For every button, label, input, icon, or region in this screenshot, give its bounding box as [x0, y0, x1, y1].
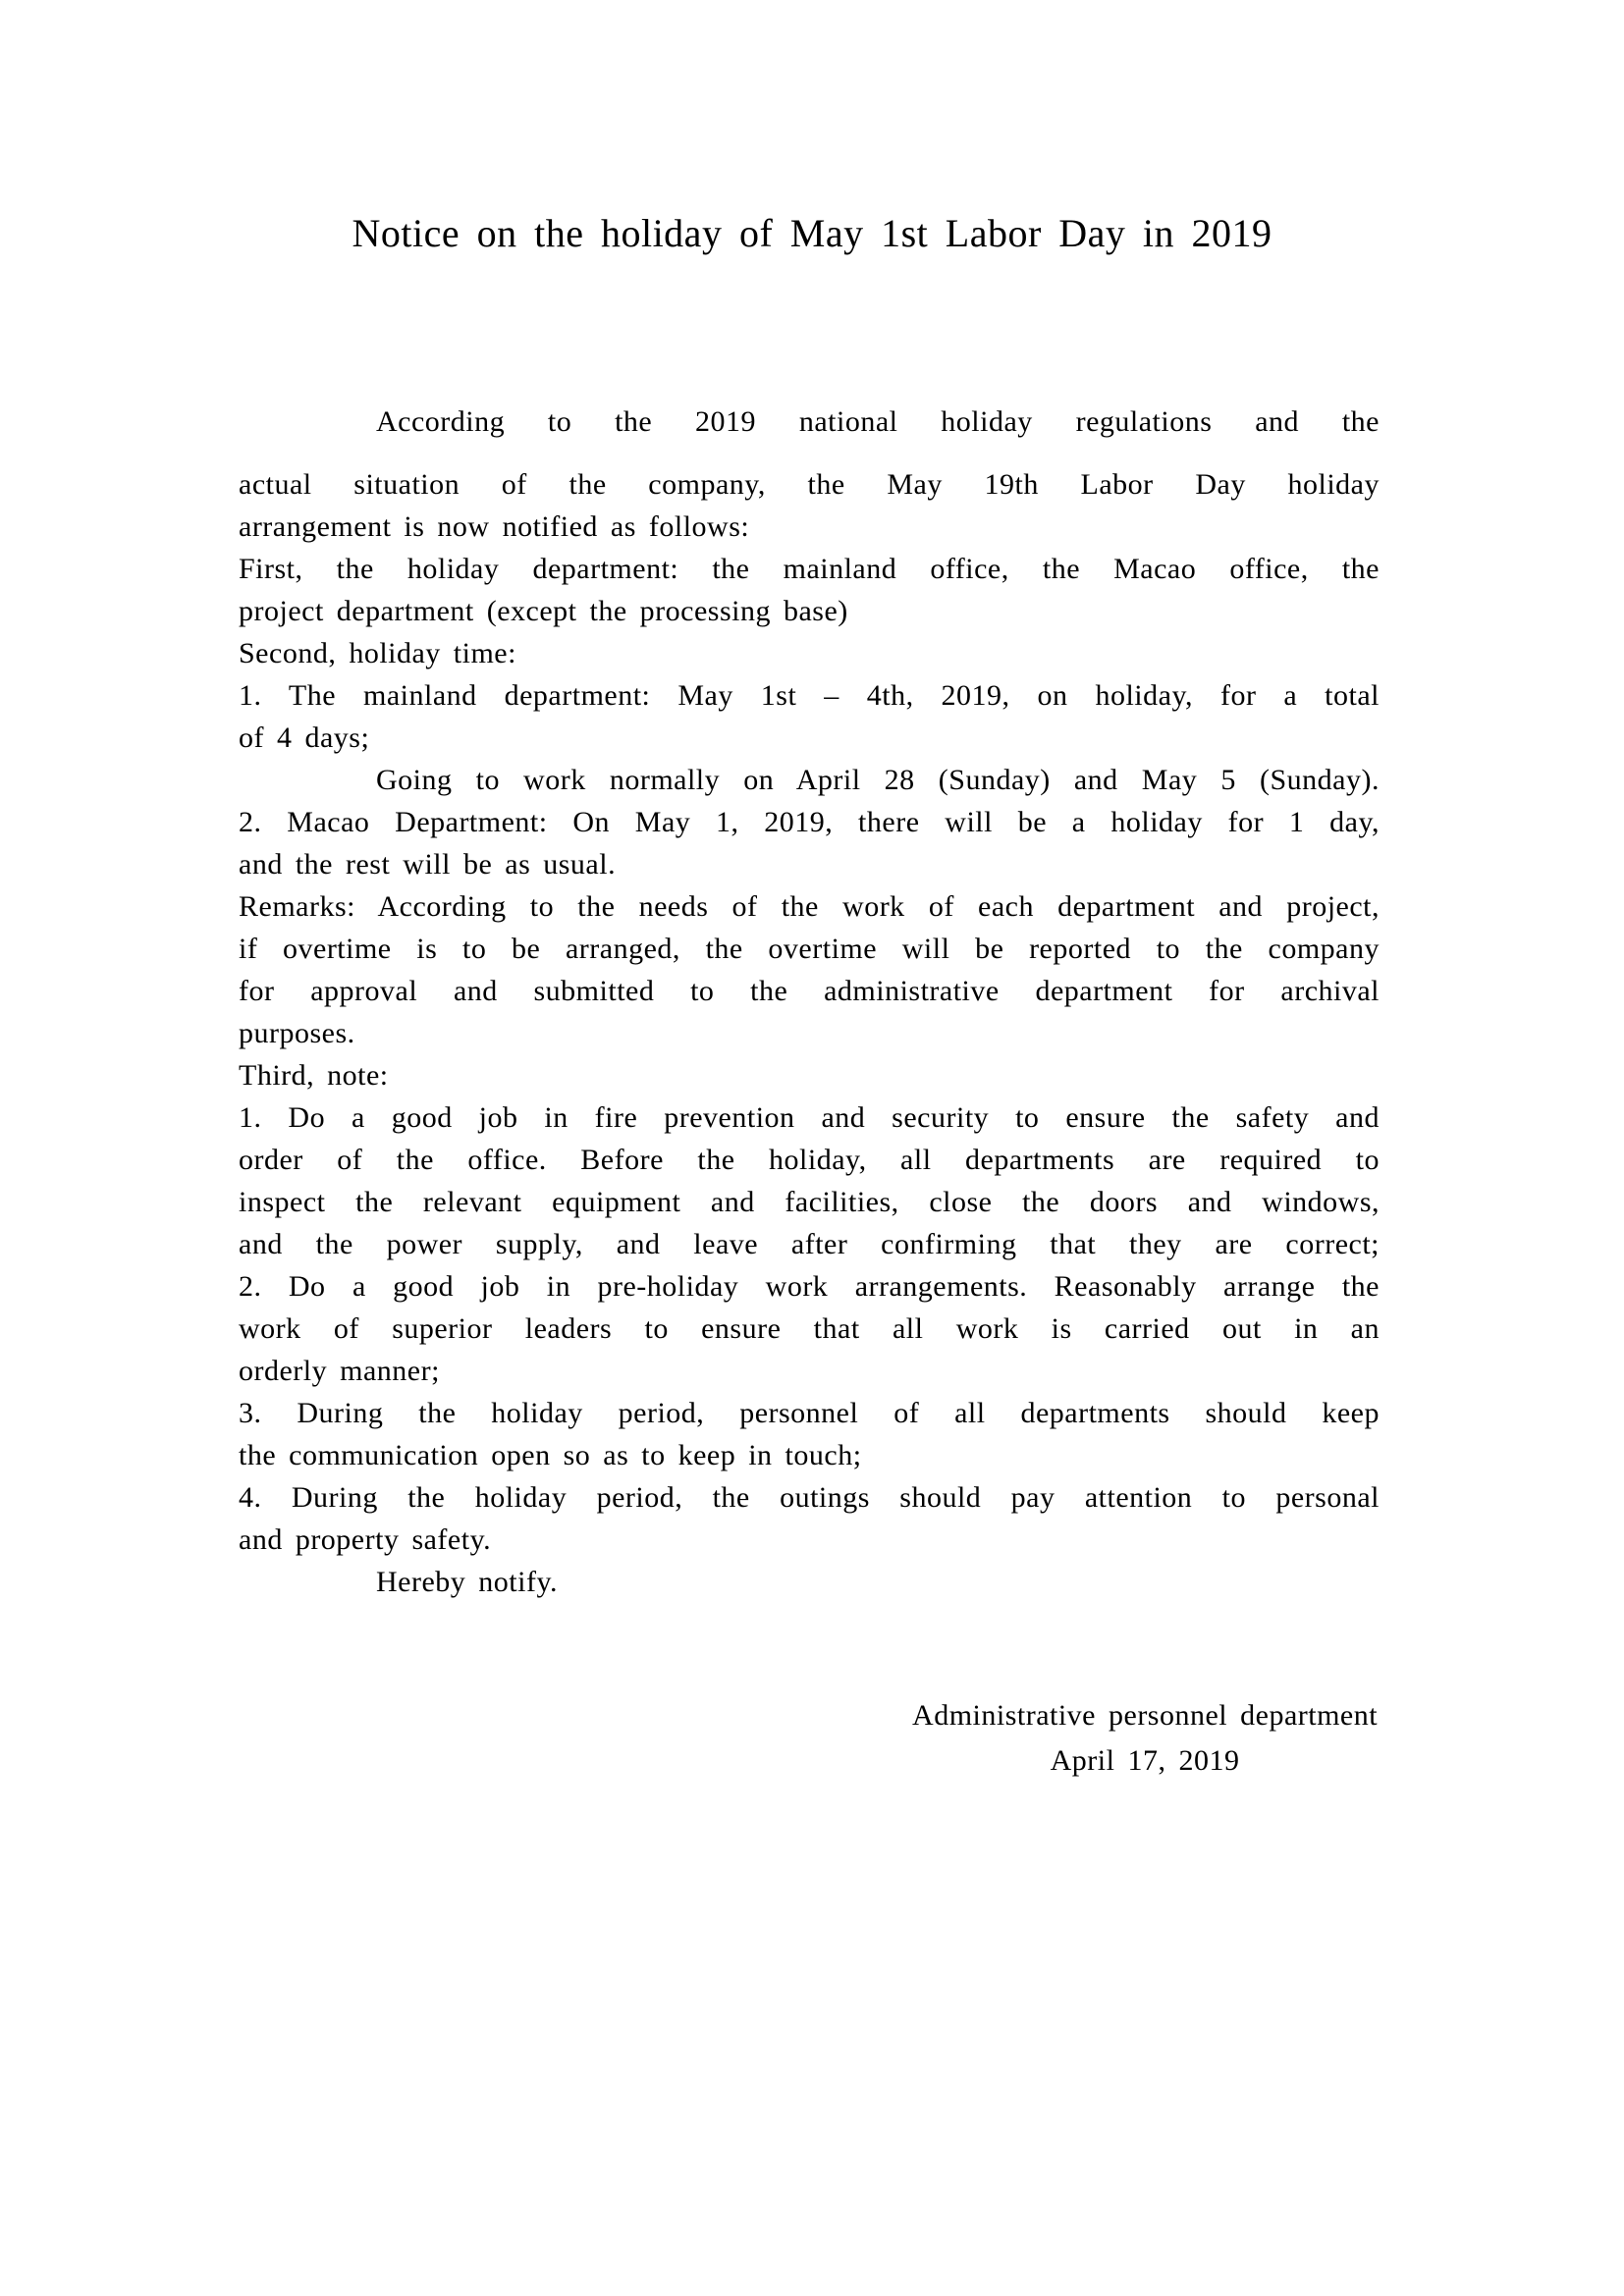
- signature-date: April 17, 2019: [666, 1738, 1624, 1784]
- document-line: the communication open so as to keep in …: [239, 1434, 1380, 1476]
- document-line: arrangement is now notified as follows:: [239, 506, 1380, 548]
- document-line: 2. Do a good job in pre-holiday work arr…: [239, 1265, 1380, 1308]
- document-line: According to the 2019 national holiday r…: [239, 400, 1380, 443]
- document-line: and the rest will be as usual.: [239, 843, 1380, 885]
- document-line: Third, note:: [239, 1054, 1380, 1096]
- document-line: inspect the relevant equipment and facil…: [239, 1181, 1380, 1223]
- document-line: orderly manner;: [239, 1350, 1380, 1392]
- document-line: First, the holiday department: the mainl…: [239, 548, 1380, 590]
- document-line: 4. During the holiday period, the outing…: [239, 1476, 1380, 1519]
- document-line: if overtime is to be arranged, the overt…: [239, 928, 1380, 970]
- document-line: order of the office. Before the holiday,…: [239, 1139, 1380, 1181]
- document-line: actual situation of the company, the May…: [239, 463, 1380, 506]
- document-title: Notice on the holiday of May 1st Labor D…: [0, 0, 1624, 257]
- document-line: project department (except the processin…: [239, 590, 1380, 632]
- document-line: Going to work normally on April 28 (Sund…: [239, 759, 1380, 801]
- document-line: 3. During the holiday period, personnel …: [239, 1392, 1380, 1434]
- document-line: for approval and submitted to the admini…: [239, 970, 1380, 1012]
- signature-department: Administrative personnel department: [666, 1693, 1624, 1738]
- document-line: Hereby notify.: [239, 1561, 1380, 1603]
- document-line: Remarks: According to the needs of the w…: [239, 885, 1380, 928]
- document-page: Notice on the holiday of May 1st Labor D…: [0, 0, 1624, 2296]
- document-line: 1. The mainland department: May 1st – 4t…: [239, 674, 1380, 717]
- document-line: work of superior leaders to ensure that …: [239, 1308, 1380, 1350]
- document-line: and the power supply, and leave after co…: [239, 1223, 1380, 1265]
- document-line: and property safety.: [239, 1519, 1380, 1561]
- document-line: purposes.: [239, 1012, 1380, 1054]
- document-line: 2. Macao Department: On May 1, 2019, the…: [239, 801, 1380, 843]
- signature-block: Administrative personnel department Apri…: [666, 1693, 1624, 1784]
- document-body: According to the 2019 national holiday r…: [239, 400, 1380, 1603]
- document-line: 1. Do a good job in fire prevention and …: [239, 1096, 1380, 1139]
- document-line: Second, holiday time:: [239, 632, 1380, 674]
- document-line: of 4 days;: [239, 717, 1380, 759]
